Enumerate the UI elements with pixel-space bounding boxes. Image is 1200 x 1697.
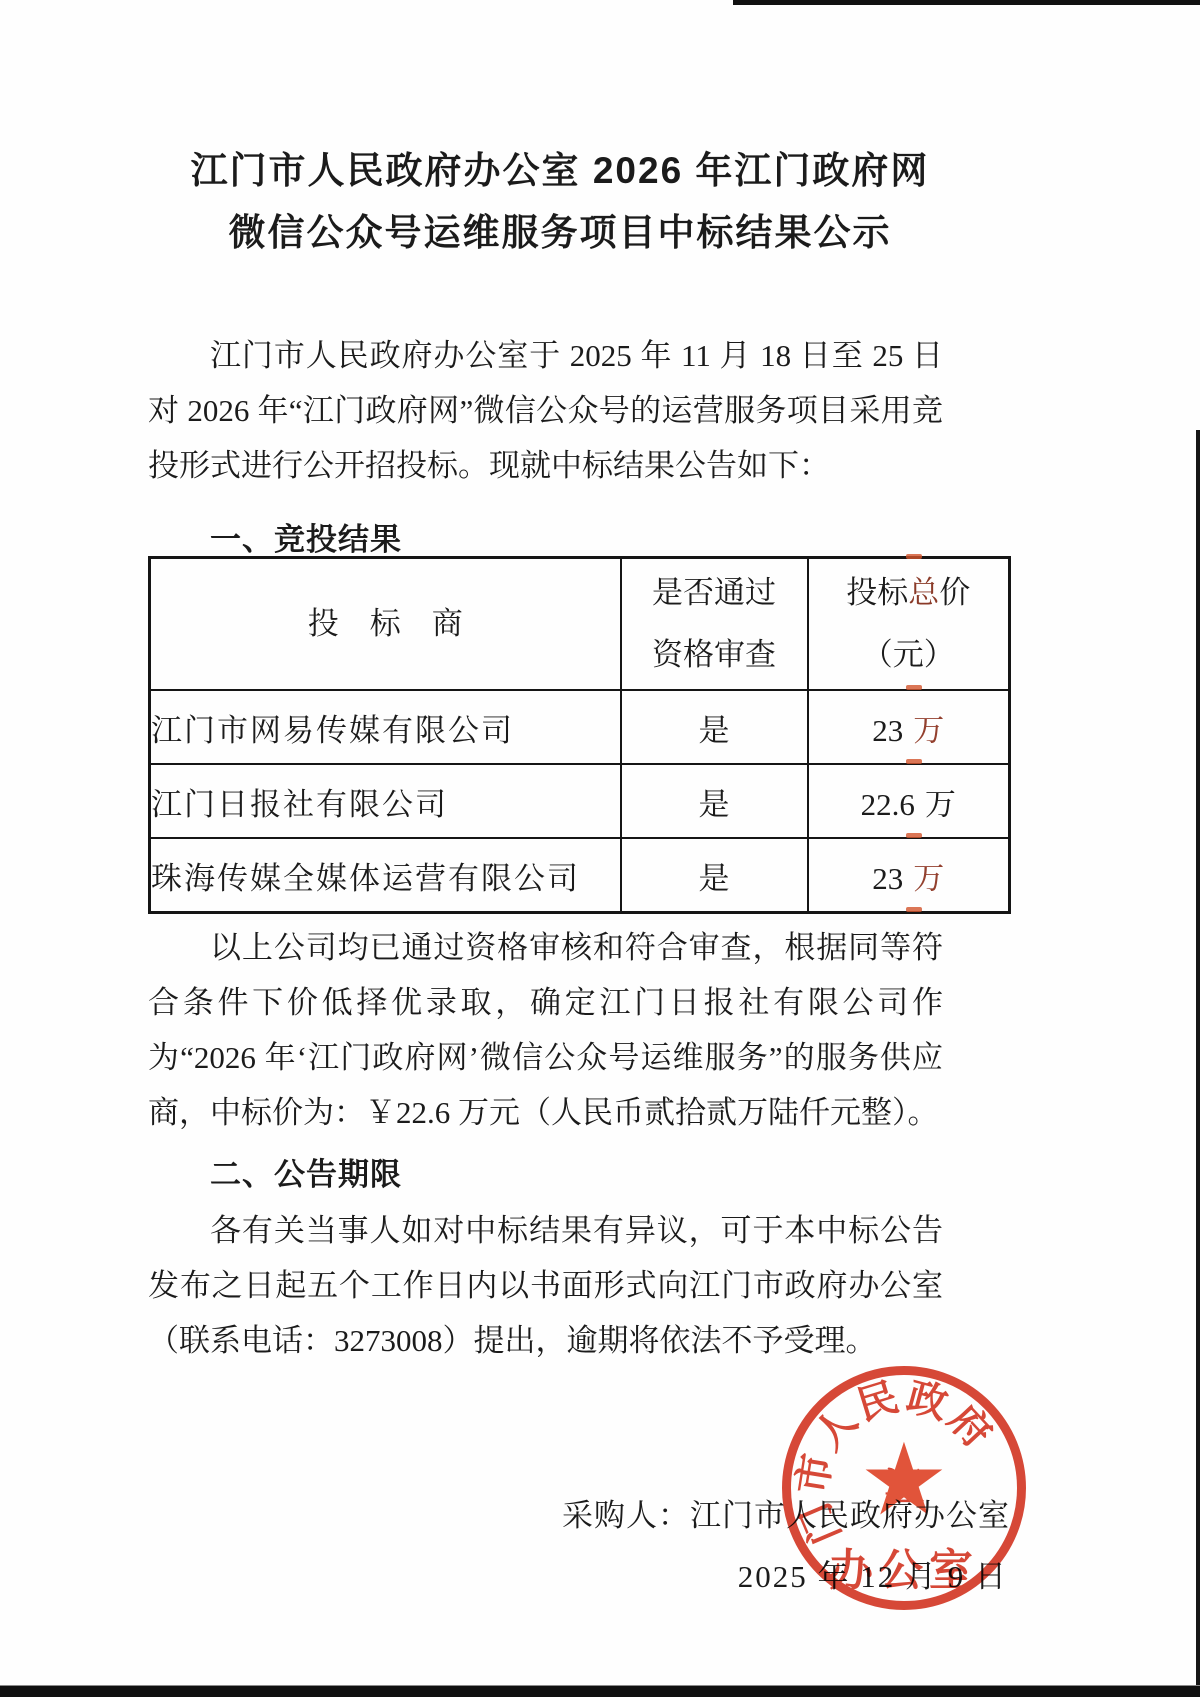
price-cell: 23万 [808,690,1010,764]
result-paragraph: 以上公司均已通过资格审核和符合审查，根据同等符合条件下价低择优录取，确定江门日报… [148,920,943,1140]
bid-results-table: 投 标 商 是否通过 资格审查 投标总价 （元） 江门市网易传媒有限公司 是 2… [148,556,1011,914]
table-row: 珠海传媒全媒体运营有限公司 是 23万 [150,838,1010,913]
qualified-cell: 是 [621,764,808,838]
price-header-prefix: 投标 [846,575,908,610]
price-unit: 万 [925,787,956,822]
document-title-line-2: 微信公众号运维服务项目中标结果公示 [130,202,990,256]
price-header-line-2: （元） [809,624,1009,686]
scan-artifact-top-edge [733,0,1200,5]
section-heading-bid-results: 一、竞投结果 [210,514,402,559]
document-title-line-1: 江门市人民政府办公室 2026 年江门政府网 [130,140,990,194]
document-page: 江门市人民政府办公室 2026 年江门政府网 微信公众号运维服务项目中标结果公示… [0,0,1200,1697]
price-unit: 万 [913,713,944,748]
scan-artifact-red-tick [906,833,922,838]
qualified-cell: 是 [621,838,808,913]
section-heading-announcement-period: 二、公告期限 [210,1149,402,1194]
column-header-total-price: 投标总价 （元） [808,558,1010,691]
seal-bottom-text: 办公室 [782,1534,1026,1598]
scan-artifact-red-tick [906,759,922,764]
scan-artifact-red-tick [906,685,922,690]
column-header-bidder: 投 标 商 [150,558,621,691]
price-cell: 23万 [808,838,1010,913]
scan-artifact-right-edge [1196,430,1200,1686]
price-header-line-1: 投标总价 [809,562,1009,624]
price-number: 22.6 [861,787,915,822]
bidder-name-cell: 江门日报社有限公司 [150,764,621,838]
column-header-bidder-label: 投 标 商 [308,606,463,641]
price-cell: 22.6万 [808,764,1010,838]
table-header-row: 投 标 商 是否通过 资格审查 投标总价 （元） [150,558,1010,691]
bidder-name-cell: 江门市网易传媒有限公司 [150,690,621,764]
price-unit: 万 [913,861,944,896]
qualified-cell: 是 [621,690,808,764]
price-header-suffix: 价 [939,575,970,610]
official-seal: 江 门 市 人 民 政 府 ★ 办公室 [782,1366,1026,1610]
price-header-accent-char: 总 [908,575,939,610]
star-icon: ★ [859,1430,949,1530]
price-number: 23 [872,713,903,748]
table-row: 江门日报社有限公司 是 22.6万 [150,764,1010,838]
intro-paragraph: 江门市人民政府办公室于 2025 年 11 月 18 日至 25 日对 2026… [148,328,943,493]
qualification-header-line-2: 资格审查 [622,624,807,686]
qualification-header-line-1: 是否通过 [622,562,807,624]
seal-arc-char: 市 [790,1449,840,1499]
bidder-name-cell: 珠海传媒全媒体运营有限公司 [150,838,621,913]
price-number: 23 [872,861,903,896]
scan-artifact-bottom-edge [0,1685,1200,1697]
table-row: 江门市网易传媒有限公司 是 23万 [150,690,1010,764]
column-header-qualification: 是否通过 资格审查 [621,558,808,691]
objection-paragraph: 各有关当事人如对中标结果有异议，可于本中标公告发布之日起五个工作日内以书面形式向… [148,1203,943,1368]
scan-artifact-red-tick [906,907,922,912]
scan-artifact-red-tick [906,554,922,559]
